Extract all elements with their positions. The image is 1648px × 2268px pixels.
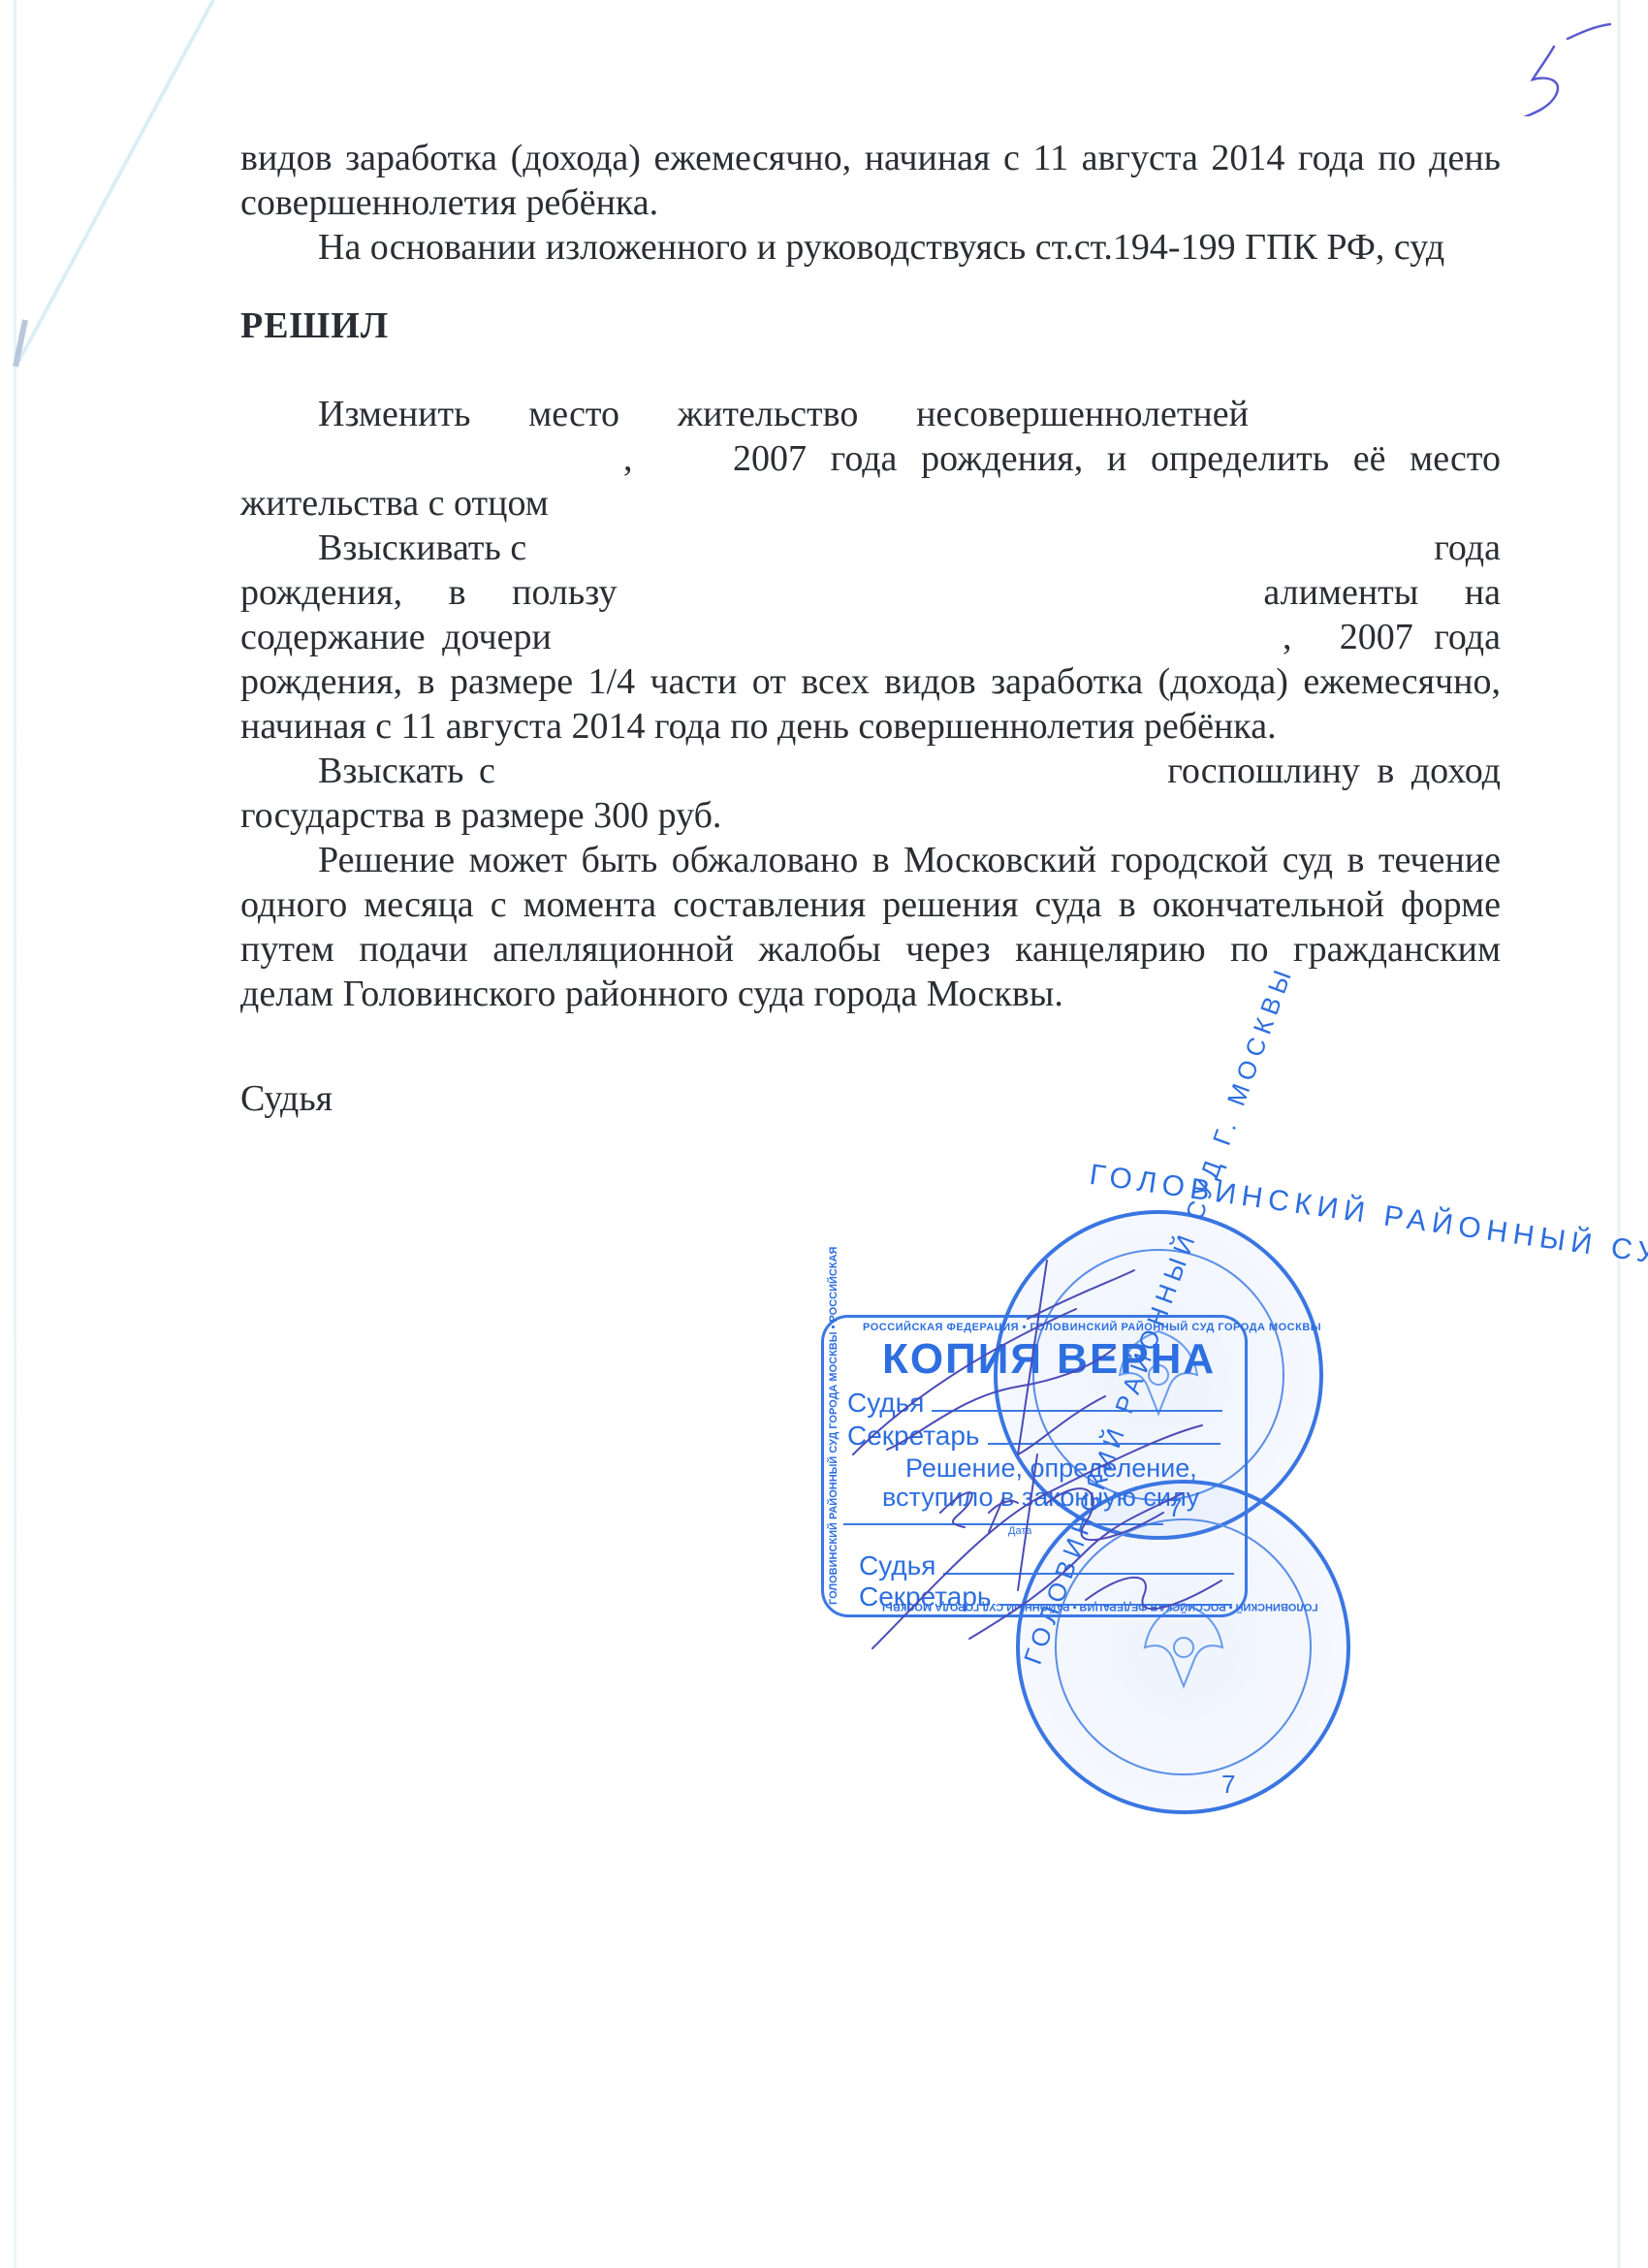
word: несовершеннолетней (916, 392, 1249, 436)
scan-edge-right (1617, 0, 1621, 2268)
word: место (528, 392, 619, 436)
alimony-line-3-right: 2007 года (1340, 615, 1501, 659)
alimony-line-2-left: рождения, в пользу (240, 570, 617, 615)
handwritten-signatures (795, 1202, 1396, 1823)
redaction-comma: , (623, 436, 633, 481)
alimony-line-3-left: содержание дочери (240, 615, 552, 659)
appeal-paragraph: Решение может быть обжаловано в Московск… (240, 838, 1501, 1016)
duty-line-2: государства в размере 300 руб. (240, 793, 1501, 838)
alimony-line-5: начиная с 11 августа 2014 года по день с… (240, 704, 1501, 749)
appeal-line-1: Решение может быть обжаловано в Московск… (240, 838, 1501, 882)
document-body: видов заработка (дохода) ежемесячно, нач… (240, 136, 1501, 1121)
alimony-paragraph: Взыскивать с года рождения, в пользу али… (240, 526, 1501, 749)
duty-line-1-right: госпошлину в доход (1167, 749, 1501, 793)
alimony-line-1-right: года (1434, 526, 1501, 570)
scan-fold-line (0, 0, 252, 407)
state-duty-paragraph: Взыскать с госпошлину в доход государств… (240, 749, 1501, 838)
continuation-line-1: видов заработка (дохода) ежемесячно, нач… (240, 136, 1501, 180)
basis-paragraph: На основании изложенного и руководствуяс… (240, 225, 1501, 270)
stamps-area: ГОЛОВИНСКИЙ РАЙОННЫЙ СУД Г. МОСКВЫ 7 ГОЛ… (795, 1202, 1396, 1823)
continuation-line-2: совершеннолетия ребёнка. (240, 180, 1501, 225)
alimony-line-4: рождения, в размере 1/4 части от всех ви… (240, 659, 1501, 704)
residence-paragraph: Изменить место жительство несовершенноле… (240, 392, 1501, 526)
handwritten-page-number: 5 (1507, 19, 1624, 116)
duty-line-1-left: Взыскать с (318, 749, 495, 793)
residence-line-2: 2007 года рождения, и определить её мест… (733, 436, 1501, 481)
page-number-text: 5 (1507, 19, 1515, 23)
appeal-line-4: делам Головинского районного суда города… (240, 972, 1501, 1016)
appeal-line-2: одного месяца с момента составления реше… (240, 882, 1501, 927)
alimony-line-1-left: Взыскивать с (318, 526, 526, 570)
word: Изменить (318, 392, 470, 436)
judge-signature-label: Судья (240, 1076, 1501, 1121)
word: жительство (678, 392, 859, 436)
appeal-line-3: путем подачи апелляционной жалобы через … (240, 927, 1501, 972)
decision-title: РЕШИЛ (240, 303, 1501, 348)
redaction-comma: , (1283, 615, 1292, 659)
residence-line-3: жительства с отцом (240, 481, 1501, 526)
alimony-line-2-right: алименты на (1263, 570, 1501, 615)
